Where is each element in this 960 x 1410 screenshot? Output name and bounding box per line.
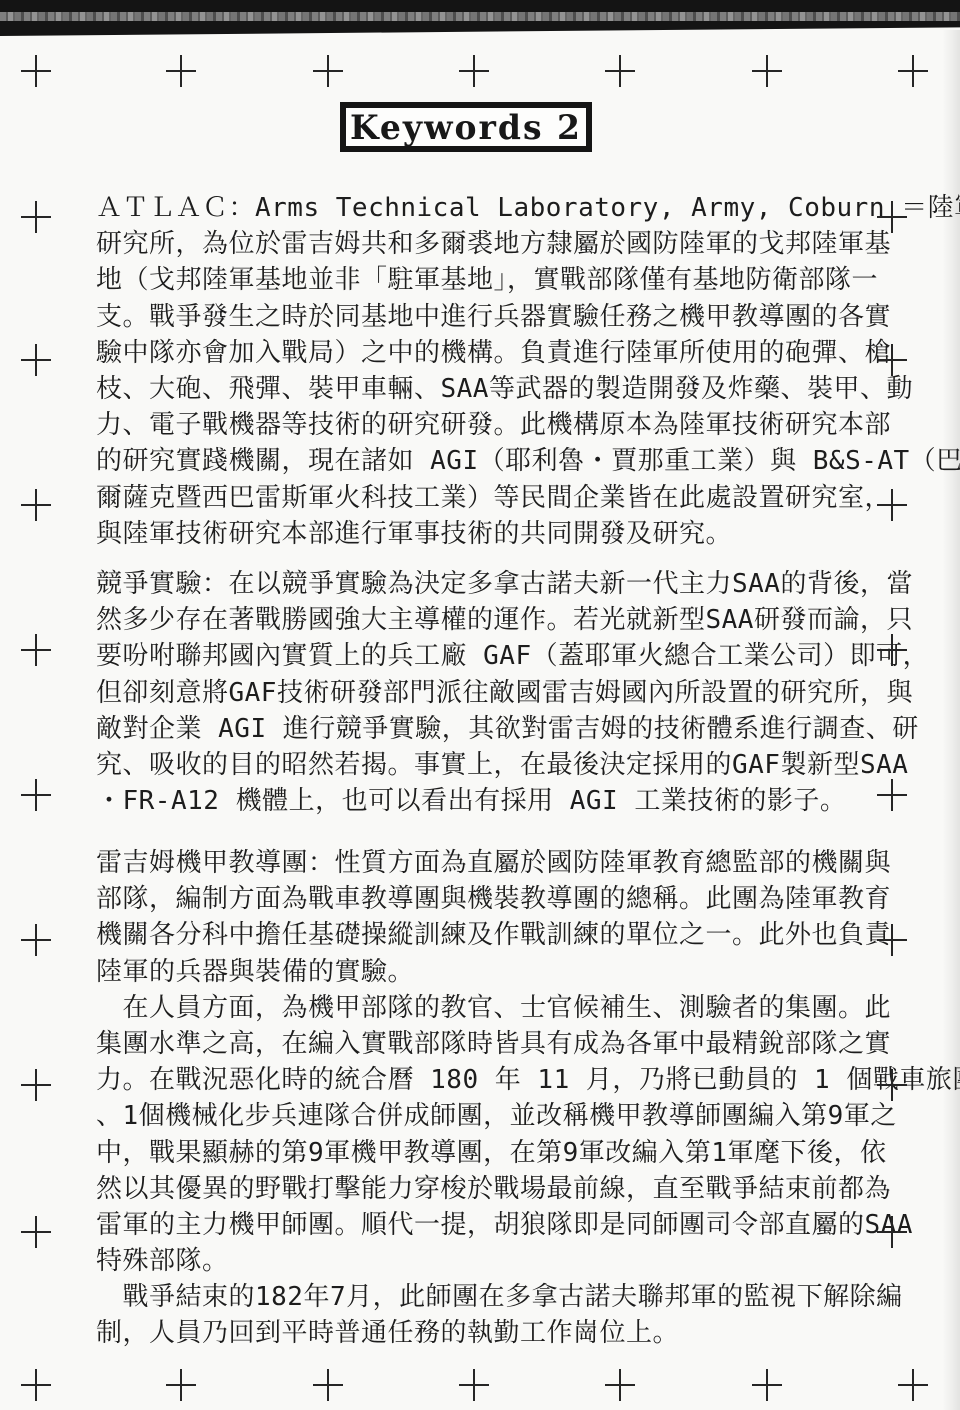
text-line: 力。在戰況惡化時的統合曆 180 年 11 月，乃將已動員的 1 個戰車旅團 bbox=[96, 1062, 896, 1098]
paragraph: ＡＴＬＡＣ：Arms Technical Laboratory, Army, C… bbox=[96, 190, 896, 552]
crop-mark-icon bbox=[313, 55, 343, 87]
text-line: 雷吉姆機甲教導團：性質方面為直屬於國防陸軍教育總監部的機關與 bbox=[96, 845, 896, 881]
text-line: 戰爭結束的182年7月，此師團在多拿古諾夫聯邦軍的監視下解除編 bbox=[96, 1279, 896, 1315]
crop-mark-icon bbox=[877, 779, 907, 811]
crop-mark-icon bbox=[313, 1369, 343, 1401]
text-line: 與陸軍技術研究本部進行軍事技術的共同開發及研究。 bbox=[96, 516, 896, 552]
text-line: 機關各分科中擔任基礎操縱訓練及作戰訓練的單位之一。此外也負責 bbox=[96, 917, 896, 953]
text-line: 制，人員乃回到平時普通任務的執勤工作崗位上。 bbox=[96, 1315, 896, 1351]
text-line: 究、吸收的目的昭然若揭。事實上，在最後決定採用的GAF製新型SAA bbox=[96, 747, 896, 783]
scanned-page: { "title": "Keywords 2", "colors": { "pa… bbox=[0, 0, 960, 1410]
text-line: 的研究實踐機關，現在諸如 AGI（耶利魯・賈那重工業）與 B&S-AT（巴 bbox=[96, 443, 896, 479]
crop-mark-icon bbox=[21, 201, 51, 233]
crop-mark-icon bbox=[21, 924, 51, 956]
crop-mark-icon bbox=[166, 1369, 196, 1401]
crop-mark-icon bbox=[21, 779, 51, 811]
crop-mark-icon bbox=[605, 1369, 635, 1401]
crop-mark-icon bbox=[877, 924, 907, 956]
text-line: 集團水準之高，在編入實戰部隊時皆具有成為各軍中最精銳部隊之實 bbox=[96, 1026, 896, 1062]
crop-mark-icon bbox=[877, 1069, 907, 1101]
crop-mark-icon bbox=[21, 634, 51, 666]
text-line: 但卻刻意將GAF技術研發部門派往敵國雷吉姆國內所設置的研究所，與 bbox=[96, 675, 896, 711]
scan-band-grain bbox=[0, 12, 960, 21]
crop-mark-icon bbox=[21, 1369, 51, 1401]
text-line: 力、電子戰機器等技術的研究研發。此機構原本為陸軍技術研究本部 bbox=[96, 407, 896, 443]
crop-mark-icon bbox=[877, 1216, 907, 1248]
text-line: 、1個機械化步兵連隊合併成師團，並改稱機甲教導師團編入第9軍之 bbox=[96, 1098, 896, 1134]
crop-mark-icon bbox=[21, 344, 51, 376]
text-line: 競爭實驗：在以競爭實驗為決定多拿古諾夫新一代主力SAA的背後，當 bbox=[96, 566, 896, 602]
crop-mark-icon bbox=[877, 201, 907, 233]
text-line: 支。戰爭發生之時於同基地中進行兵器實驗任務之機甲教導團的各實 bbox=[96, 299, 896, 335]
crop-mark-icon bbox=[21, 489, 51, 521]
paragraph: 雷吉姆機甲教導團：性質方面為直屬於國防陸軍教育總監部的機關與部隊，編制方面為戰車… bbox=[96, 845, 896, 1352]
text-line: 地（戈邦陸軍基地並非「駐軍基地」，實戰部隊僅有基地防衛部隊一 bbox=[96, 262, 896, 298]
text-line: 雷軍的主力機甲師團。順代一提，胡狼隊即是同師團司令部直屬的SAA bbox=[96, 1207, 896, 1243]
text-line: 敵對企業 AGI 進行競爭實驗，其欲對雷吉姆的技術體系進行調查、研 bbox=[96, 711, 896, 747]
text-line: 枝、大砲、飛彈、裝甲車輛、SAA等武器的製造開發及炸藥、裝甲、動 bbox=[96, 371, 896, 407]
text-line: 中，戰果顯赫的第9軍機甲教導團，在第9軍改編入第1軍麾下後，依 bbox=[96, 1135, 896, 1171]
text-line: 爾薩克暨西巴雷斯軍火科技工業）等民間企業皆在此處設置研究室， bbox=[96, 480, 896, 516]
crop-mark-icon bbox=[752, 1369, 782, 1401]
text-line: 要吩咐聯邦國內實質上的兵工廠 GAF（蓋耶軍火總合工業公司）即可， bbox=[96, 638, 896, 674]
crop-mark-icon bbox=[605, 55, 635, 87]
crop-mark-icon bbox=[752, 55, 782, 87]
crop-mark-icon bbox=[459, 55, 489, 87]
text-line: 在人員方面，為機甲部隊的教官、士官候補生、測驗者的集團。此 bbox=[96, 990, 896, 1026]
text-line: 部隊，編制方面為戰車教導團與機裝教導團的總稱。此團為陸軍教育 bbox=[96, 881, 896, 917]
paragraph: 競爭實驗：在以競爭實驗為決定多拿古諾夫新一代主力SAA的背後，當然多少存在著戰勝… bbox=[96, 566, 896, 819]
text-line: 研究所，為位於雷吉姆共和多爾裘地方隸屬於國防陸軍的戈邦陸軍基 bbox=[96, 226, 896, 262]
crop-mark-icon bbox=[21, 1216, 51, 1248]
text-line: 然以其優異的野戰打擊能力穿梭於戰場最前線，直至戰爭結束前都為 bbox=[96, 1171, 896, 1207]
crop-mark-icon bbox=[459, 1369, 489, 1401]
crop-mark-icon bbox=[877, 489, 907, 521]
text-line: 陸軍的兵器與裝備的實驗。 bbox=[96, 954, 896, 990]
crop-mark-icon bbox=[877, 344, 907, 376]
crop-mark-icon bbox=[898, 55, 928, 87]
crop-mark-icon bbox=[166, 55, 196, 87]
body-text: ＡＴＬＡＣ：Arms Technical Laboratory, Army, C… bbox=[0, 0, 960, 1410]
crop-mark-icon bbox=[898, 1369, 928, 1401]
text-line: 特殊部隊。 bbox=[96, 1243, 896, 1279]
text-line: 驗中隊亦會加入戰局）之中的機構。負責進行陸軍所使用的砲彈、槍 bbox=[96, 335, 896, 371]
crop-mark-icon bbox=[21, 55, 51, 87]
crop-mark-icon bbox=[877, 634, 907, 666]
text-line: ・FR-A12 機體上，也可以看出有採用 AGI 工業技術的影子。 bbox=[96, 783, 896, 819]
text-line: 然多少存在著戰勝國強大主導權的運作。若光就新型SAA研發而論，只 bbox=[96, 602, 896, 638]
crop-mark-icon bbox=[21, 1069, 51, 1101]
text-line: ＡＴＬＡＣ：Arms Technical Laboratory, Army, C… bbox=[96, 190, 896, 226]
